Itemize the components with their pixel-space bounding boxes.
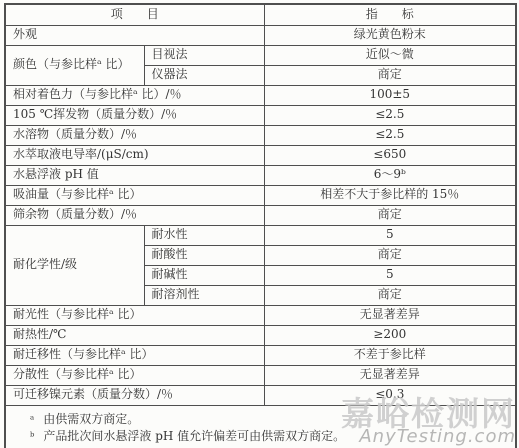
table-row: 水悬浮液 pH 值 6～9ᵇ [5, 165, 516, 185]
sub-method-label: 耐溶剂性 [144, 285, 264, 305]
table-row: 相对着色力（与参比样ᵃ 比）/％ 100±5 [5, 85, 516, 105]
row-value: 5 [264, 265, 516, 285]
row-label: 外观 [5, 25, 264, 45]
table-row: 可迁移镍元素（质量分数）/％ ≤0.3 [5, 385, 516, 405]
row-value: 5 [264, 225, 516, 245]
document-page: 项 目 指 标 外观 绿光黄色粉末 颜色（与参比样ᵃ 比） 目视法 近似～微 仪… [0, 3, 519, 448]
table-row: 水萃取液电导率/(μS/cm) ≤650 [5, 145, 516, 165]
sub-method-label: 仪器法 [144, 65, 264, 85]
row-value: 6～9ᵇ [264, 165, 516, 185]
table-row: 耐迁移性（与参比样ᵃ 比） 不差于参比样 [5, 345, 516, 365]
group-label-color: 颜色（与参比样ᵃ 比） [5, 45, 144, 85]
row-value: 无显著差异 [264, 305, 516, 325]
row-value: ≤2.5 [264, 125, 516, 145]
row-value: 无显著差异 [264, 365, 516, 385]
table-row: 颜色（与参比样ᵃ 比） 目视法 近似～微 [5, 45, 516, 65]
row-value: ≤2.5 [264, 105, 516, 125]
row-label: 吸油量（与参比样ᵃ 比） [5, 185, 264, 205]
footnote-text: 产品批次间水悬浮液 pH 值允许偏差可由供需双方商定。 [43, 429, 345, 443]
row-value: 商定 [264, 285, 516, 305]
sub-method-label: 耐酸性 [144, 245, 264, 265]
footnote-line: ᵃ由供需双方商定。 [6, 411, 509, 428]
row-label: 耐迁移性（与参比样ᵃ 比） [5, 345, 264, 365]
sub-method-label: 耐碱性 [144, 265, 264, 285]
row-label: 可迁移镍元素（质量分数）/％ [5, 385, 264, 405]
row-value: 近似～微 [264, 45, 516, 65]
footnote-line: ᵇ产品批次间水悬浮液 pH 值允许偏差可由供需双方商定。 [6, 428, 509, 445]
sub-method-label: 耐水性 [144, 225, 264, 245]
table-row: 水溶物（质量分数）/％ ≤2.5 [5, 125, 516, 145]
table-row: 耐光性（与参比样ᵃ 比） 无显著差异 [5, 305, 516, 325]
row-label: 耐光性（与参比样ᵃ 比） [5, 305, 264, 325]
row-value: 绿光黄色粉末 [264, 25, 516, 45]
row-value: ≥200 [264, 325, 516, 345]
table-row: 筛余物（质量分数）/％ 商定 [5, 205, 516, 225]
row-label: 105 ℃挥发物（质量分数）/％ [5, 105, 264, 125]
row-label: 筛余物（质量分数）/％ [5, 205, 264, 225]
table-row: 分散性（与参比样ᵃ 比） 无显著差异 [5, 365, 516, 385]
row-label: 耐热性/℃ [5, 325, 264, 345]
row-value: ≤0.3 [264, 385, 516, 405]
group-label-chemical: 耐化学性/级 [5, 225, 144, 305]
row-label: 分散性（与参比样ᵃ 比） [5, 365, 264, 385]
table-row: 105 ℃挥发物（质量分数）/％ ≤2.5 [5, 105, 516, 125]
spec-table: 项 目 指 标 外观 绿光黄色粉末 颜色（与参比样ᵃ 比） 目视法 近似～微 仪… [4, 3, 517, 448]
footnote-text: 由供需双方商定。 [43, 412, 139, 426]
table-row: 外观 绿光黄色粉末 [5, 25, 516, 45]
footnote-marker: ᵃ [30, 412, 34, 428]
row-value: 相差不大于参比样的 15％ [264, 185, 516, 205]
row-label: 水悬浮液 pH 值 [5, 165, 264, 185]
column-header-spec: 指 标 [264, 4, 516, 25]
row-label: 相对着色力（与参比样ᵃ 比）/％ [5, 85, 264, 105]
row-value: ≤650 [264, 145, 516, 165]
footnotes-cell: ᵃ由供需双方商定。 ᵇ产品批次间水悬浮液 pH 值允许偏差可由供需双方商定。 [5, 405, 516, 448]
sub-method-label: 目视法 [144, 45, 264, 65]
row-value: 100±5 [264, 85, 516, 105]
table-row: 耐化学性/级 耐水性 5 [5, 225, 516, 245]
row-value: 不差于参比样 [264, 345, 516, 365]
table-row: 耐热性/℃ ≥200 [5, 325, 516, 345]
table-row: 吸油量（与参比样ᵃ 比） 相差不大于参比样的 15％ [5, 185, 516, 205]
row-value: 商定 [264, 65, 516, 85]
header-row: 项 目 指 标 [5, 4, 516, 25]
row-label: 水溶物（质量分数）/％ [5, 125, 264, 145]
footnote-marker: ᵇ [30, 429, 34, 445]
row-value: 商定 [264, 205, 516, 225]
row-value: 商定 [264, 245, 516, 265]
footnote-row: ᵃ由供需双方商定。 ᵇ产品批次间水悬浮液 pH 值允许偏差可由供需双方商定。 [5, 405, 516, 448]
column-header-item: 项 目 [5, 4, 264, 25]
row-label: 水萃取液电导率/(μS/cm) [5, 145, 264, 165]
